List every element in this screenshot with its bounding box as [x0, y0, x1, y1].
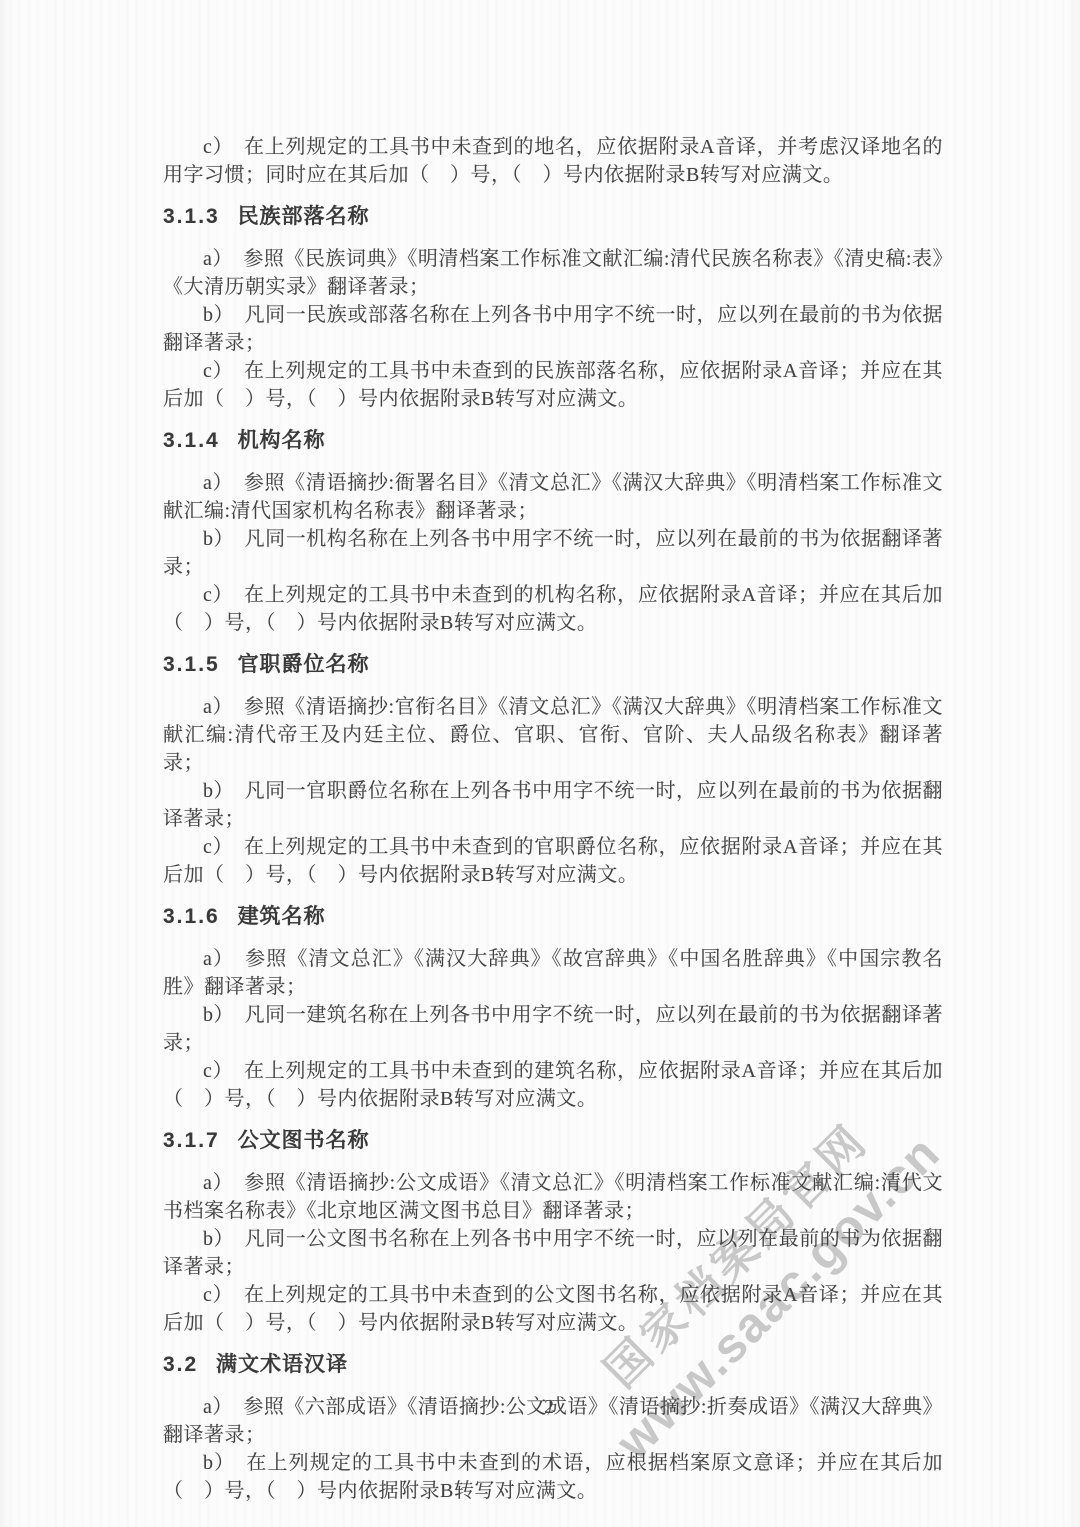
- section-title: 官职爵位名称: [238, 653, 370, 676]
- paragraph-item-c: c） 在上列规定的工具书中未查到的建筑名称，应依据附录A音译；并应在其后加（ ）…: [163, 1057, 943, 1113]
- scanned-document-page: 国家档案局官网 www.saac.gov.cn c） 在上列规定的工具书中未查到…: [0, 0, 1080, 1527]
- section-heading-3-2: 3.2满文术语汉译: [163, 1351, 943, 1379]
- paragraph-item-b: b） 在上列规定的工具书中未查到的术语，应根据档案原文意译；并应在其后加（ ）号…: [163, 1449, 943, 1505]
- section-title: 满文术语汉译: [216, 1353, 348, 1376]
- paragraph-item-b: b） 凡同一官职爵位名称在上列各书中用字不统一时，应以列在最前的书为依据翻译著录…: [163, 777, 943, 833]
- paragraph-item-a: a） 参照《清语摘抄:衙署名目》《清文总汇》《满汉大辞典》《明清档案工作标准文献…: [163, 469, 943, 525]
- paragraph-item-a: a） 参照《清文总汇》《满汉大辞典》《故宫辞典》《中国名胜辞典》《中国宗教名胜》…: [163, 945, 943, 1001]
- section-heading-3-1-6: 3.1.6建筑名称: [163, 903, 943, 931]
- paragraph-item-c: c） 在上列规定的工具书中未查到的公文图书名称，应依据附录A音译；并应在其后加（…: [163, 1281, 943, 1337]
- page-number: 2: [9, 1393, 1080, 1421]
- section-number: 3.1.6: [163, 903, 220, 931]
- section-number: 3.1.4: [163, 427, 220, 455]
- section-title: 机构名称: [238, 429, 326, 452]
- paragraph-item-b: b） 凡同一建筑名称在上列各书中用字不统一时，应以列在最前的书为依据翻译著录；: [163, 1001, 943, 1057]
- paragraph-item-a: a） 参照《清语摘抄:公文成语》《清文总汇》《明清档案工作标准文献汇编:清代文书…: [163, 1169, 943, 1225]
- paragraph-item-c: c） 在上列规定的工具书中未查到的机构名称，应依据附录A音译；并应在其后加（ ）…: [163, 581, 943, 637]
- paragraph-item-b: b） 凡同一公文图书名称在上列各书中用字不统一时，应以列在最前的书为依据翻译著录…: [163, 1225, 943, 1281]
- section-heading-3-1-4: 3.1.4机构名称: [163, 427, 943, 455]
- paragraph-item-a: a） 参照《清语摘抄:官衔名目》《清文总汇》《满汉大辞典》《明清档案工作标准文献…: [163, 693, 943, 777]
- section-number: 3.1.3: [163, 203, 220, 231]
- section-heading-3-1-3: 3.1.3民族部落名称: [163, 203, 943, 231]
- section-heading-3-1-5: 3.1.5官职爵位名称: [163, 651, 943, 679]
- section-number: 3.1.7: [163, 1127, 220, 1155]
- section-number: 3.2: [163, 1351, 198, 1379]
- paragraph-item-c: c） 在上列规定的工具书中未查到的民族部落名称，应依据附录A音译；并应在其后加（…: [163, 357, 943, 413]
- document-content: c） 在上列规定的工具书中未查到的地名，应依据附录A音译，并考虑汉译地名的用字习…: [163, 133, 943, 1505]
- paragraph-item-b: b） 凡同一机构名称在上列各书中用字不统一时，应以列在最前的书为依据翻译著录；: [163, 525, 943, 581]
- section-title: 民族部落名称: [238, 205, 370, 228]
- paragraph-item-c: c） 在上列规定的工具书中未查到的官职爵位名称，应依据附录A音译；并应在其后加（…: [163, 833, 943, 889]
- section-title: 建筑名称: [238, 905, 326, 928]
- section-number: 3.1.5: [163, 651, 220, 679]
- paragraph-item-a: a） 参照《民族词典》《明清档案工作标准文献汇编:清代民族名称表》《清史稿:表》…: [163, 245, 943, 301]
- paragraph-item-b: b） 凡同一民族或部落名称在上列各书中用字不统一时，应以列在最前的书为依据翻译著…: [163, 301, 943, 357]
- paragraph-intro-item-c: c） 在上列规定的工具书中未查到的地名，应依据附录A音译，并考虑汉译地名的用字习…: [163, 133, 943, 189]
- section-heading-3-1-7: 3.1.7公文图书名称: [163, 1127, 943, 1155]
- section-title: 公文图书名称: [238, 1129, 370, 1152]
